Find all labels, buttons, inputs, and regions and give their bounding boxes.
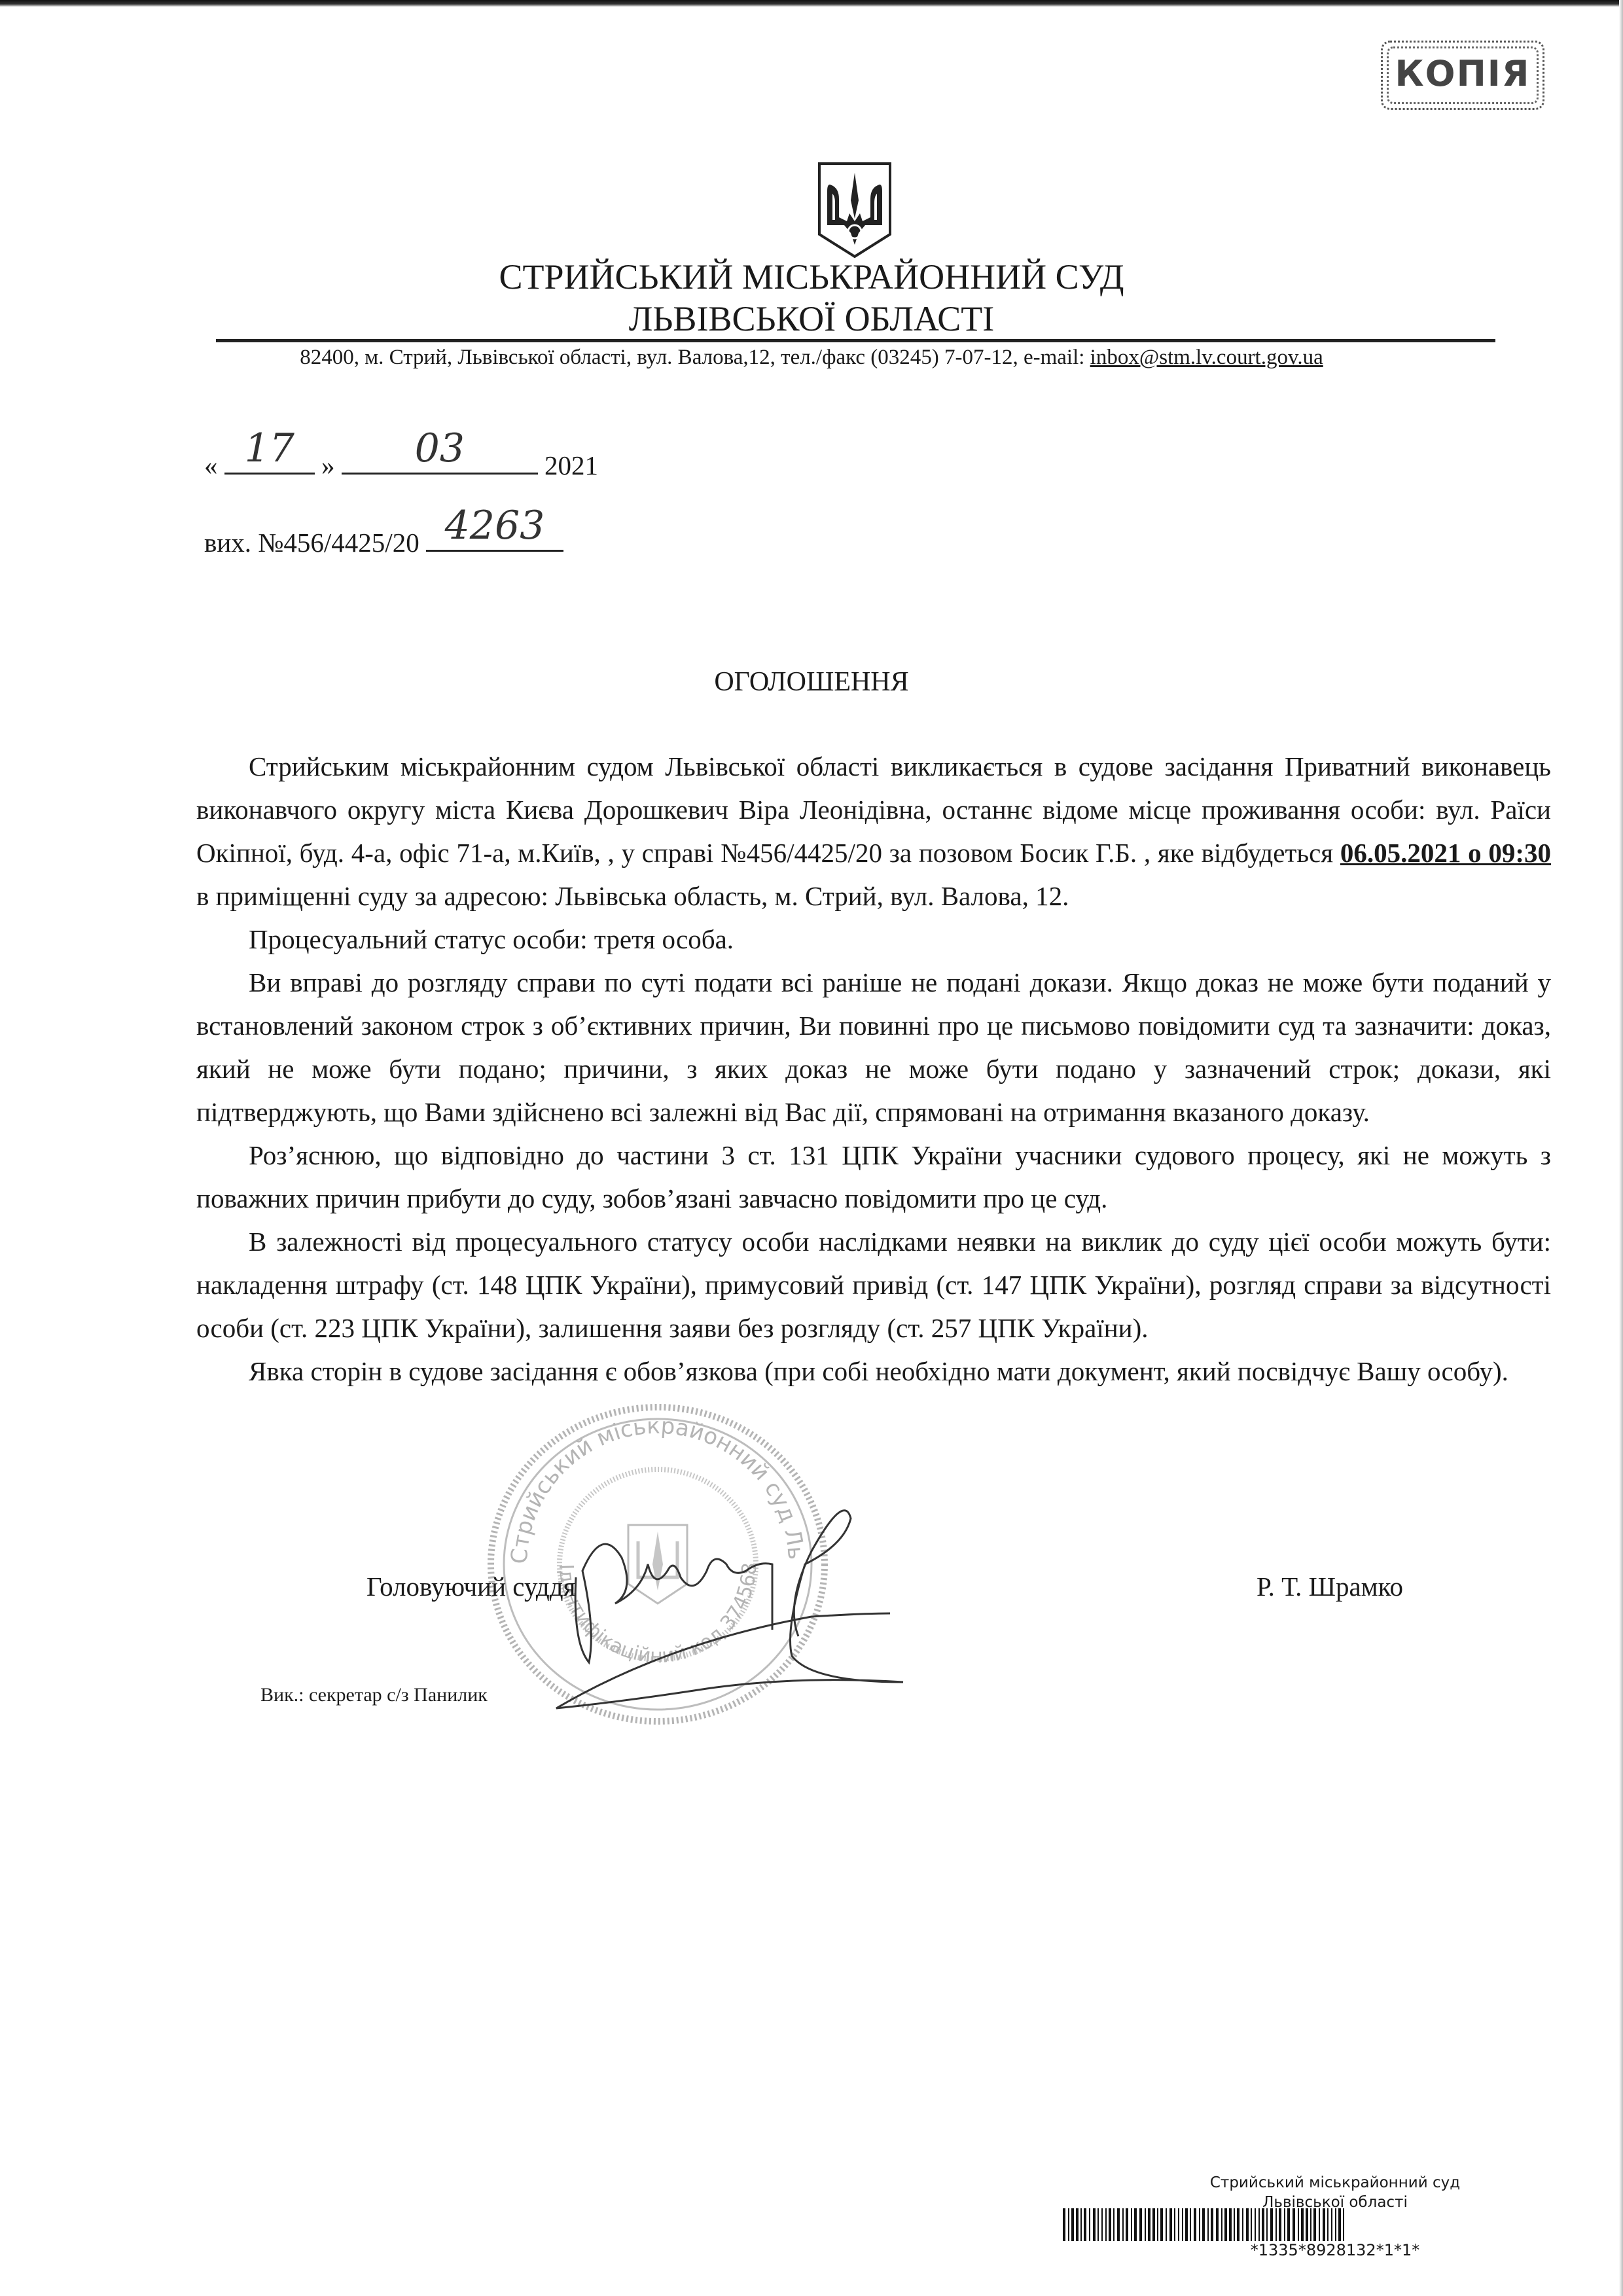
handwritten-day: 17 [224, 425, 315, 471]
date-month-field: 03 [342, 446, 538, 475]
executor-note: Вик.: секретар с/з Панилик [260, 1684, 488, 1706]
date-year: 2021 [544, 450, 598, 480]
document-title: ОГОЛОШЕННЯ [0, 666, 1623, 698]
paragraph-status: Процесуальний статус особи: третя особа. [196, 918, 1551, 961]
scan-edge-shadow [0, 0, 1623, 7]
outgoing-number: вих. №456/4425/20 4263 [204, 524, 563, 558]
judge-signature [537, 1499, 955, 1715]
hearing-datetime: 06.05.2021 о 09:30 [1340, 838, 1551, 868]
document-body: Стрийським міськрайонним судом Львівсько… [196, 745, 1551, 1393]
email-link[interactable]: inbox@stm.lv.court.gov.ua [1090, 346, 1323, 369]
outgoing-number-field: 4263 [426, 524, 563, 552]
paragraph-attendance: Явка сторін в судове засідання є обов’яз… [196, 1350, 1551, 1393]
address-text: 82400, м. Стрий, Львівської області, вул… [300, 346, 1090, 369]
barcode-number: *1335*8928132*1*1* [1047, 2241, 1623, 2259]
copy-stamp-label: КОПІЯ [1383, 53, 1543, 94]
presiding-judge-label: Головуючий суддя [366, 1571, 575, 1602]
paragraph-consequences: В залежності від процесуального статусу … [196, 1220, 1551, 1350]
date-day-field: 17 [224, 446, 315, 475]
document-date: « 17 » 03 2021 [204, 446, 598, 481]
header-divider [216, 339, 1495, 342]
close-quote: » [321, 450, 335, 480]
court-name-line2: ЛЬВІВСЬКОЇ ОБЛАСТІ [0, 298, 1623, 339]
court-address: 82400, м. Стрий, Львівської області, вул… [0, 346, 1623, 370]
barcode-icon [1063, 2208, 1347, 2241]
paragraph-summons: Стрийським міськрайонним судом Львівсько… [196, 745, 1551, 918]
open-quote: « [204, 450, 218, 480]
handwritten-month: 03 [342, 425, 538, 471]
trident-coat-of-arms-icon [817, 161, 893, 259]
handwritten-out-number: 4263 [426, 503, 563, 548]
copy-stamp: КОПІЯ [1381, 41, 1544, 110]
paragraph-evidence: Ви вправі до розгляду справи по суті под… [196, 961, 1551, 1134]
court-name-line1: СТРИЙСЬКИЙ МІСЬКРАЙОННИЙ СУД [0, 257, 1623, 297]
judge-name: Р. Т. Шрамко [1257, 1571, 1403, 1602]
summons-text-end: в приміщенні суду за адресою: Львівська … [196, 881, 1069, 911]
outgoing-number-label: вих. №456/4425/20 [204, 528, 419, 558]
scan-right-edge [1619, 0, 1623, 2296]
paragraph-explanation: Роз’яснюю, що відповідно до частини 3 ст… [196, 1134, 1551, 1220]
barcode-org-line1: Стрийський міськрайонний суд [1047, 2174, 1623, 2191]
